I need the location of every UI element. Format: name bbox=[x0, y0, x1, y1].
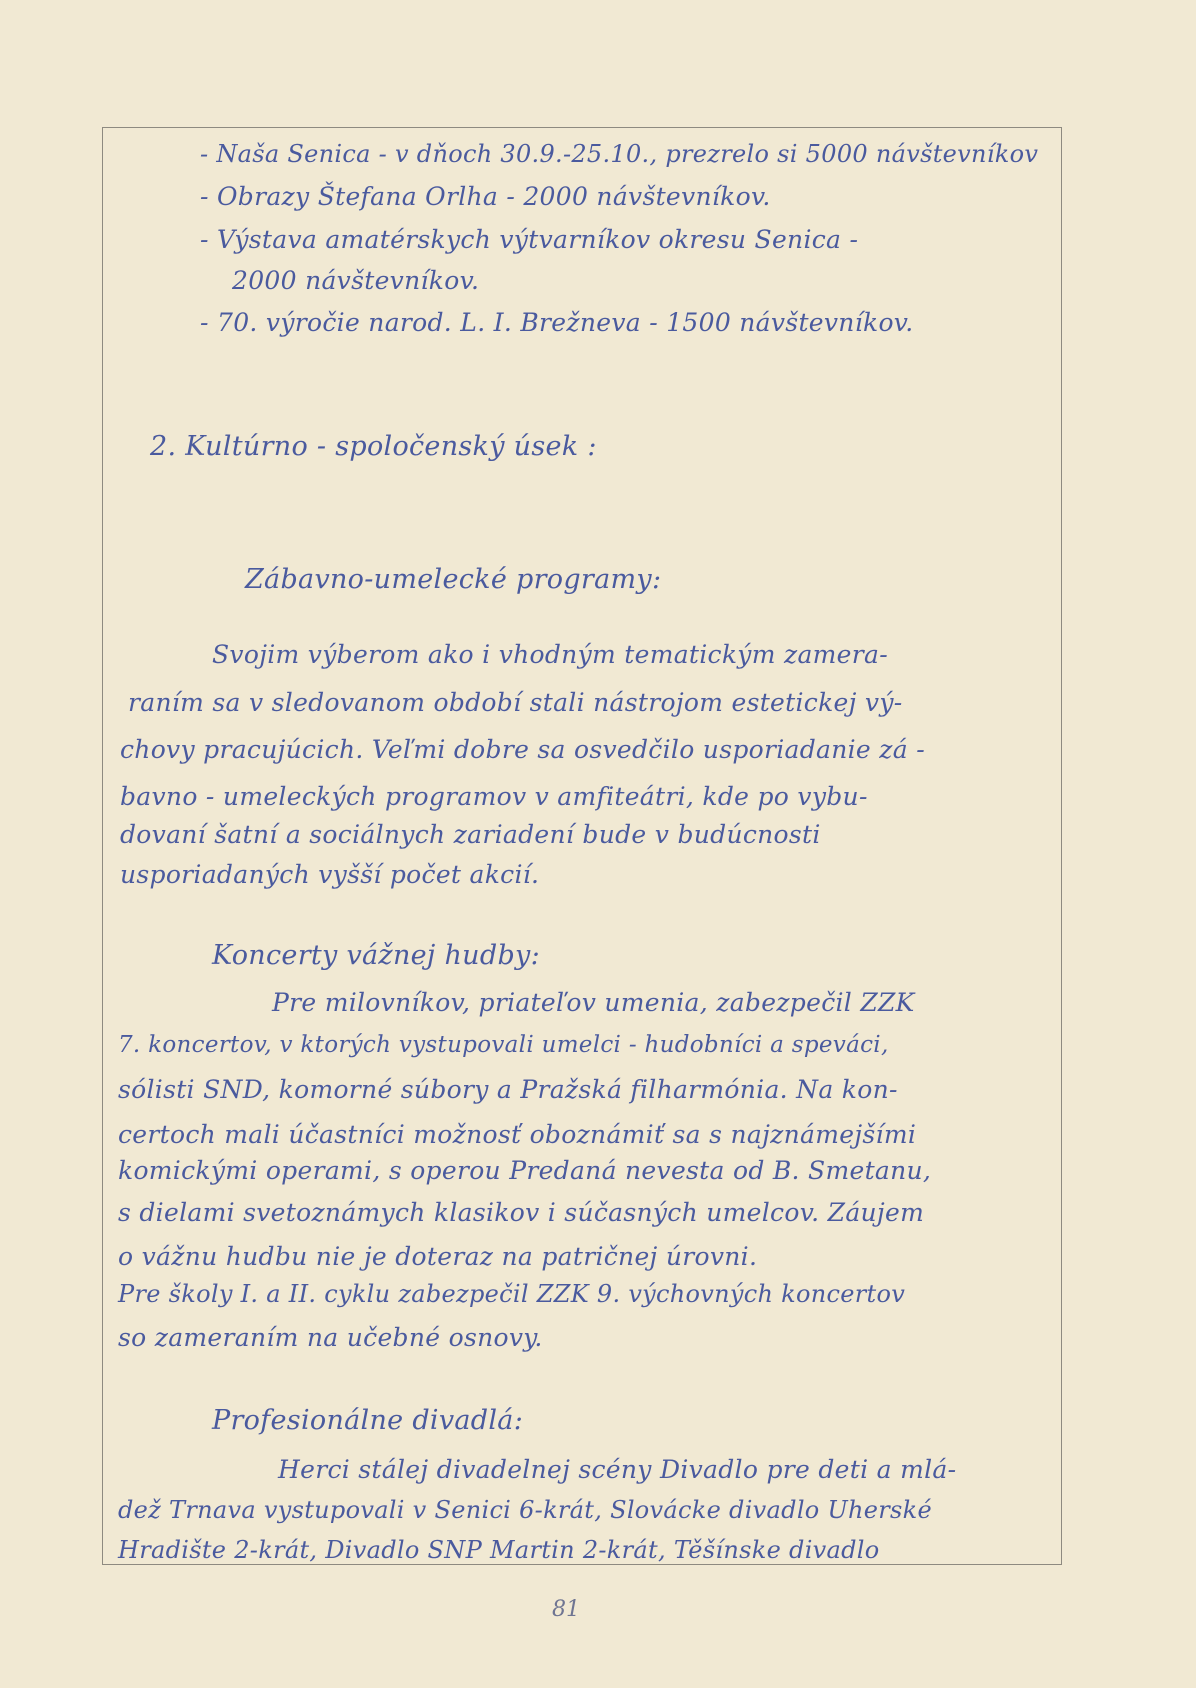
paragraph-line: usporiadaných vyšší počet akcií. bbox=[120, 862, 539, 887]
page-number: 81 bbox=[552, 1597, 580, 1622]
paragraph-line: s dielami svetoznámych klasikov i súčasn… bbox=[118, 1200, 924, 1225]
paragraph-line: dovaní šatní a sociálnych zariadení bude… bbox=[120, 822, 821, 847]
paragraph-line: komickými operami, s operou Predaná neve… bbox=[118, 1158, 931, 1183]
paragraph-line: so zameraním na učebné osnovy. bbox=[118, 1325, 543, 1350]
paragraph-line: dež Trnava vystupovali v Senici 6-krát, … bbox=[118, 1498, 932, 1522]
paragraph-line: Pre školy I. a II. cyklu zabezpečil ZZK … bbox=[118, 1282, 905, 1306]
paragraph-line: chovy pracujúcich. Veľmi dobre sa osvedč… bbox=[120, 737, 925, 762]
paragraph-line: Herci stálej divadelnej scény Divadlo pr… bbox=[278, 1457, 956, 1482]
paragraph-line: Pre milovníkov, priateľov umenia, zabezp… bbox=[272, 990, 915, 1015]
paragraph-line: Svojim výberom ako i vhodným tematickým … bbox=[212, 642, 888, 667]
paragraph-line: certoch mali účastníci možnosť oboznámiť… bbox=[118, 1122, 916, 1147]
paragraph-line: sólisti SND, komorné súbory a Pražská fi… bbox=[118, 1077, 898, 1102]
paragraph-line: raním sa v sledovanom období stali nástr… bbox=[128, 690, 903, 715]
paragraph-line: bavno - umeleckých programov v amfiteátr… bbox=[120, 784, 868, 809]
paragraph-line: o vážnu hudbu nie je doteraz na patrične… bbox=[118, 1244, 757, 1269]
bullet-item: - 70. výročie narod. L. I. Brežneva - 15… bbox=[200, 310, 914, 335]
subsection-title: Profesionálne divadlá: bbox=[212, 1407, 523, 1434]
subsection-title: Koncerty vážnej hudby: bbox=[212, 942, 540, 969]
paragraph-line: 7. koncertov, v ktorých vystupovali umel… bbox=[118, 1034, 889, 1057]
section-heading: 2. Kultúrno - spoločenský úsek : bbox=[150, 433, 597, 460]
paragraph-line: Hradište 2-krát, Divadlo SNP Martin 2-kr… bbox=[118, 1538, 880, 1562]
bullet-item: - Výstava amatérskych výtvarníkov okresu… bbox=[200, 227, 858, 252]
subsection-title: Zábavno-umelecké programy: bbox=[245, 566, 661, 593]
bullet-item-continued: 2000 návštevníkov. bbox=[232, 268, 479, 293]
bullet-item: - Naša Senica - v dňoch 30.9.-25.10., pr… bbox=[200, 142, 1038, 166]
bullet-item: - Obrazy Štefana Orlha - 2000 návštevník… bbox=[200, 184, 771, 209]
